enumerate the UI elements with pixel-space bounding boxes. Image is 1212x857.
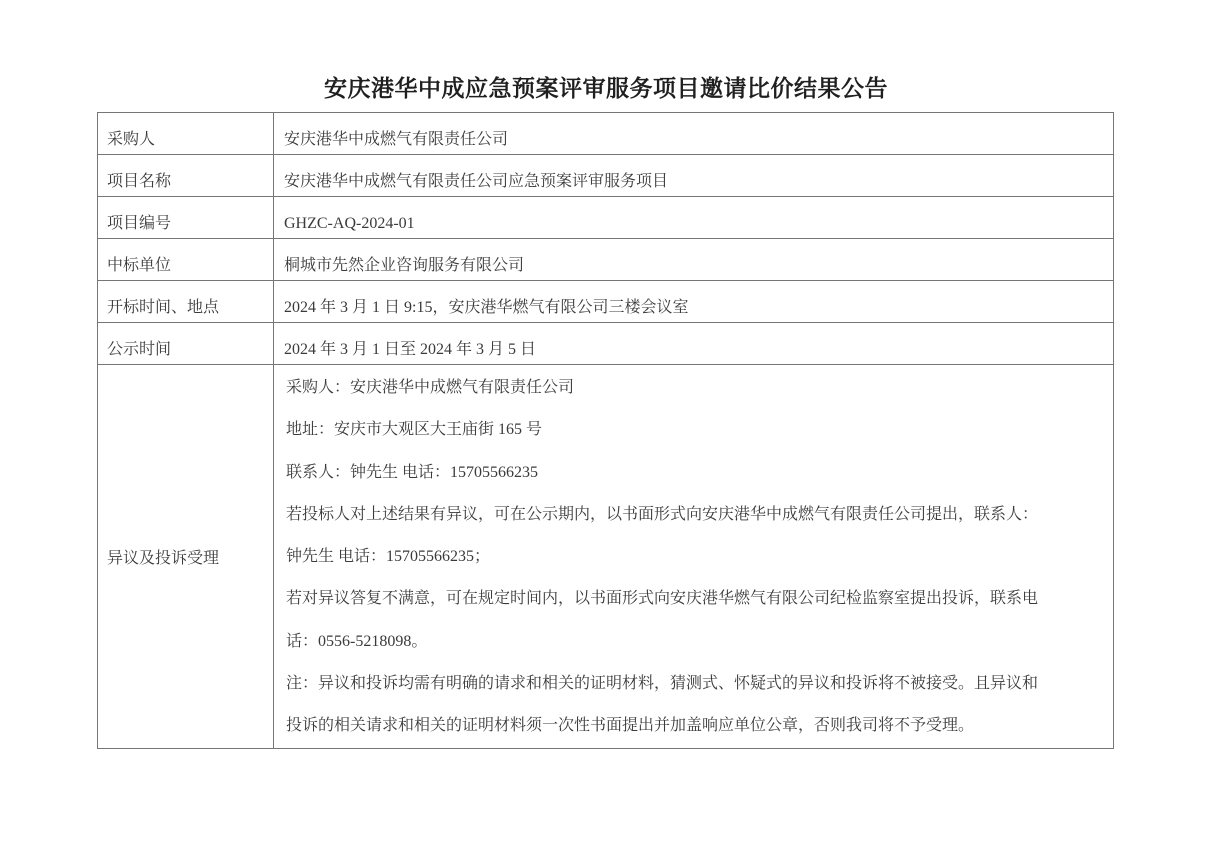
objection-line: 采购人：安庆港华中成燃气有限责任公司 — [286, 367, 1107, 409]
row-label: 公示时间 — [98, 323, 274, 365]
row-label: 异议及投诉受理 — [98, 365, 274, 749]
objection-line: 投诉的相关请求和相关的证明材料须一次性书面提出并加盖响应单位公章，否则我司将不予… — [286, 705, 1107, 747]
row-label: 开标时间、地点 — [98, 281, 274, 323]
table-row-project-number: 项目编号 GHZC-AQ-2024-01 — [98, 197, 1114, 239]
row-value: 2024 年 3 月 1 日至 2024 年 3 月 5 日 — [274, 323, 1114, 365]
objection-line: 若投标人对上述结果有异议，可在公示期内，以书面形式向安庆港华中成燃气有限责任公司… — [286, 494, 1107, 536]
row-value: GHZC-AQ-2024-01 — [274, 197, 1114, 239]
row-label: 采购人 — [98, 113, 274, 155]
table-row-bid-opening: 开标时间、地点 2024 年 3 月 1 日 9:15，安庆港华燃气有限公司三楼… — [98, 281, 1114, 323]
row-label: 项目编号 — [98, 197, 274, 239]
row-value: 采购人：安庆港华中成燃气有限责任公司 地址：安庆市大观区大王庙街 165 号 联… — [274, 365, 1114, 749]
objection-line: 话：0556-5218098。 — [286, 621, 1107, 663]
announcement-table: 采购人 安庆港华中成燃气有限责任公司 项目名称 安庆港华中成燃气有限责任公司应急… — [97, 112, 1114, 749]
row-value: 安庆港华中成燃气有限责任公司应急预案评审服务项目 — [274, 155, 1114, 197]
table-row-purchaser: 采购人 安庆港华中成燃气有限责任公司 — [98, 113, 1114, 155]
objection-line: 联系人：钟先生 电话：15705566235 — [286, 452, 1107, 494]
table-row-winning-bidder: 中标单位 桐城市先然企业咨询服务有限公司 — [98, 239, 1114, 281]
row-value: 2024 年 3 月 1 日 9:15，安庆港华燃气有限公司三楼会议室 — [274, 281, 1114, 323]
document-page: 安庆港华中成应急预案评审服务项目邀请比价结果公告 采购人 安庆港华中成燃气有限责… — [0, 0, 1212, 857]
row-label: 项目名称 — [98, 155, 274, 197]
page-title: 安庆港华中成应急预案评审服务项目邀请比价结果公告 — [0, 70, 1212, 103]
table-row-objection: 异议及投诉受理 采购人：安庆港华中成燃气有限责任公司 地址：安庆市大观区大王庙街… — [98, 365, 1114, 749]
table-row-project-name: 项目名称 安庆港华中成燃气有限责任公司应急预案评审服务项目 — [98, 155, 1114, 197]
objection-line: 地址：安庆市大观区大王庙街 165 号 — [286, 409, 1107, 451]
row-label: 中标单位 — [98, 239, 274, 281]
objection-line: 钟先生 电话：15705566235； — [286, 536, 1107, 578]
table-row-publicity-period: 公示时间 2024 年 3 月 1 日至 2024 年 3 月 5 日 — [98, 323, 1114, 365]
row-value: 安庆港华中成燃气有限责任公司 — [274, 113, 1114, 155]
objection-line: 注：异议和投诉均需有明确的请求和相关的证明材料，猜测式、怀疑式的异议和投诉将不被… — [286, 663, 1107, 705]
row-value: 桐城市先然企业咨询服务有限公司 — [274, 239, 1114, 281]
objection-line: 若对异议答复不满意，可在规定时间内，以书面形式向安庆港华燃气有限公司纪检监察室提… — [286, 578, 1107, 620]
